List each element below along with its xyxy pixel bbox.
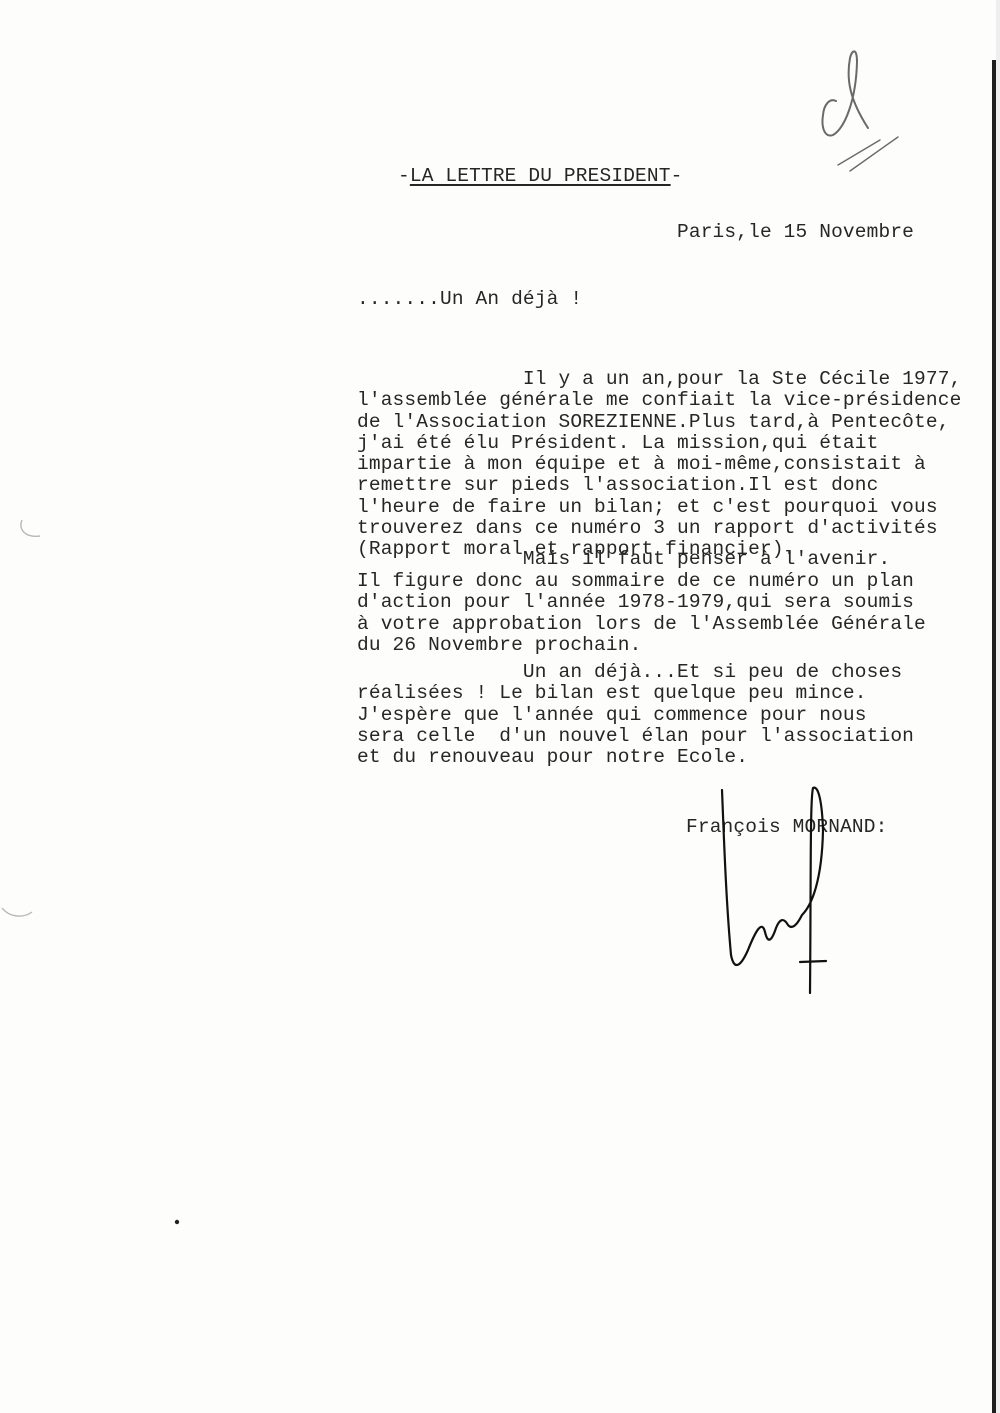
paragraph-line: j'ai été élu Président. La mission,qui é… bbox=[357, 433, 961, 454]
paragraph-line: de l'Association SOREZIENNE.Plus tard,à … bbox=[357, 412, 961, 433]
punch-hole-marks bbox=[2, 520, 40, 916]
paragraph-line: d'action pour l'année 1978-1979,qui sera… bbox=[357, 592, 926, 613]
title-dash-left: - bbox=[398, 165, 410, 187]
paragraph-line: Il y a un an,pour la Ste Cécile 1977, bbox=[357, 369, 961, 390]
paragraph-line: Mais il faut penser à l'avenir. bbox=[357, 549, 890, 570]
paragraph-line: Un an déjà...Et si peu de choses bbox=[357, 662, 914, 683]
paragraph-2: Mais il faut penser à l'avenir. Il figur… bbox=[357, 571, 926, 656]
paragraph-line: à votre approbation lors de l'Assemblée … bbox=[357, 614, 926, 635]
paragraph-1: Il y a un an,pour la Ste Cécile 1977, l'… bbox=[357, 369, 961, 561]
paragraph-line: et du renouveau pour notre Ecole. bbox=[357, 747, 914, 768]
paragraph-line: l'assemblée générale me confiait la vice… bbox=[357, 390, 961, 411]
page-right-edge bbox=[992, 60, 996, 1413]
paragraph-line: du 26 Novembre prochain. bbox=[357, 635, 926, 656]
place-date: Paris,le 15 Novembre bbox=[677, 222, 914, 243]
page-edge-shadow bbox=[996, 0, 1000, 1413]
title-dash-right: - bbox=[671, 165, 683, 187]
paragraph-line: J'espère que l'année qui commence pour n… bbox=[357, 705, 914, 726]
paragraph-line: trouverez dans ce numéro 3 un rapport d'… bbox=[357, 518, 961, 539]
paragraph-line: impartie à mon équipe et à moi-même,cons… bbox=[357, 454, 961, 475]
letter-title: -LA LETTRE DU PRESIDENT- bbox=[398, 166, 682, 187]
paragraph-line: Il figure donc au sommaire de ce numéro … bbox=[357, 571, 926, 592]
paragraph-line: sera celle d'un nouvel élan pour l'assoc… bbox=[357, 726, 914, 747]
intro-line: .......Un An déjà ! bbox=[357, 289, 582, 310]
paragraph-line: remettre sur pieds l'association.Il est … bbox=[357, 475, 961, 496]
paragraph-line: l'heure de faire un bilan; et c'est pour… bbox=[357, 497, 961, 518]
paragraph-line: réalisées ! Le bilan est quelque peu min… bbox=[357, 683, 914, 704]
ink-speck bbox=[175, 1220, 179, 1224]
pencil-mark-icon bbox=[822, 51, 898, 171]
signer-name: François MORNAND: bbox=[686, 817, 887, 838]
title-text: LA LETTRE DU PRESIDENT bbox=[410, 165, 671, 187]
paragraph-3: Un an déjà...Et si peu de choses réalisé… bbox=[357, 662, 914, 768]
